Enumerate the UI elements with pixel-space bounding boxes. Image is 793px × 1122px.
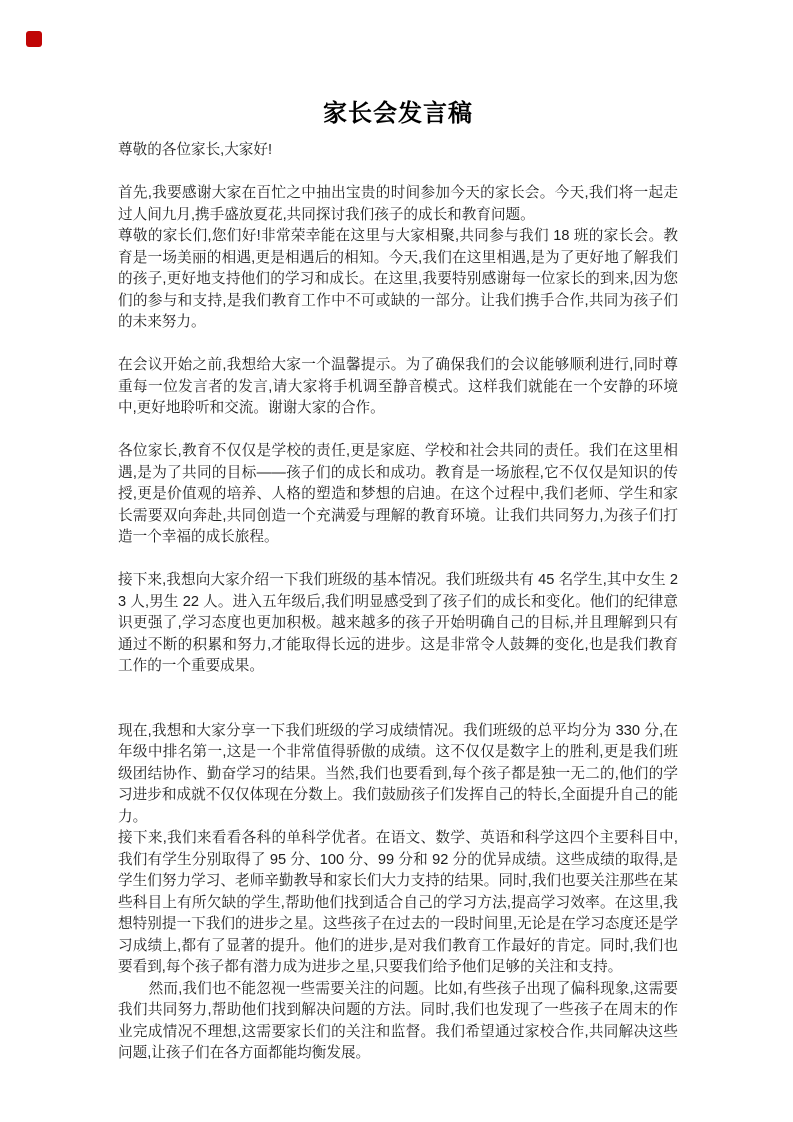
blank-line [118, 699, 678, 721]
document-paragraphs: 尊敬的各位家长,大家好!首先,我要感谢大家在百忙之中抽出宝贵的时间参加今天的家长… [118, 140, 678, 1065]
blank-line [118, 549, 678, 571]
paragraph: 各位家长,教育不仅仅是学校的责任,更是家庭、学校和社会共同的责任。我们在这里相遇… [118, 441, 678, 549]
paragraph: 现在,我想和大家分享一下我们班级的学习成绩情况。我们班级的总平均分为 330 分… [118, 721, 678, 829]
document-title: 家长会发言稿 [118, 99, 678, 129]
document-page: { "page": { "background": "#ffffff", "ma… [0, 0, 793, 1122]
blank-line [118, 162, 678, 184]
blank-line [118, 420, 678, 442]
document-content: 家长会发言稿 尊敬的各位家长,大家好!首先,我要感谢大家在百忙之中抽出宝贵的时间… [118, 99, 678, 1065]
blank-line [118, 334, 678, 356]
blank-line [118, 678, 678, 700]
red-marker-icon [26, 31, 42, 47]
paragraph: 尊敬的家长们,您们好!非常荣幸能在这里与大家相聚,共同参与我们 18 班的家长会… [118, 226, 678, 334]
paragraph: 接下来,我们来看看各科的单科学优者。在语文、数学、英语和科学这四个主要科目中,我… [118, 828, 678, 979]
paragraph: 首先,我要感谢大家在百忙之中抽出宝贵的时间参加今天的家长会。今天,我们将一起走过… [118, 183, 678, 226]
paragraph: 接下来,我想向大家介绍一下我们班级的基本情况。我们班级共有 45 名学生,其中女… [118, 570, 678, 678]
paragraph: 然而,我们也不能忽视一些需要关注的问题。比如,有些孩子出现了偏科现象,这需要我们… [118, 979, 678, 1065]
paragraph: 在会议开始之前,我想给大家一个温馨提示。为了确保我们的会议能够顺利进行,同时尊重… [118, 355, 678, 420]
paragraph: 尊敬的各位家长,大家好! [118, 140, 678, 162]
